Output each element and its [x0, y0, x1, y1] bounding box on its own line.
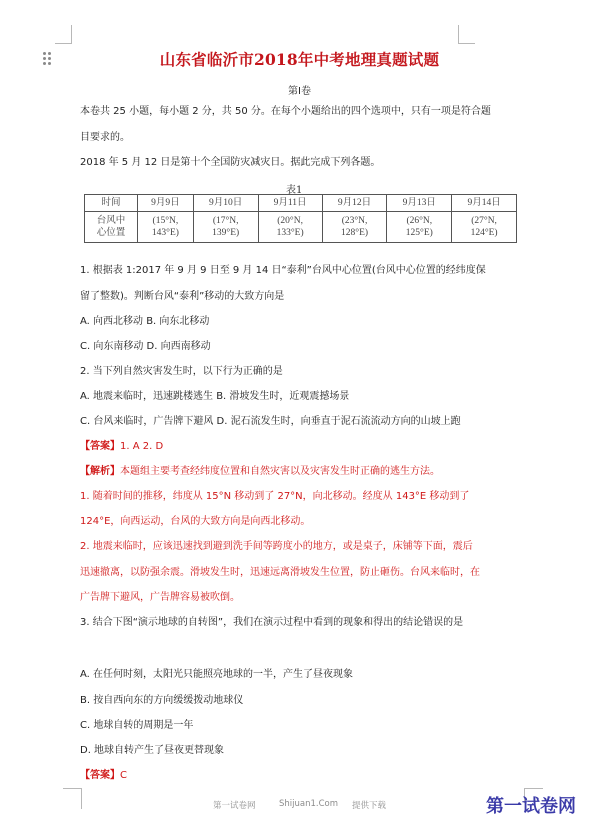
intro-line-1: 本卷共 25 小题，每小题 2 分，共 50 分。在每个小题给出的四个选项中，只… — [80, 105, 491, 119]
question-3-option-a: A. 在任何时刻，太阳光只能照亮地球的一半，产生了昼夜现象 — [80, 668, 353, 682]
question-1-options-cd: C. 向东南移动 D. 向西南移动 — [80, 340, 211, 354]
question-1-line-2: 留了整数)。判断台风“泰利”移动的大致方向是 — [80, 290, 284, 304]
analysis-2-line-2: 迅速撤离，以防强余震。滑坡发生时，迅速远离滑坡发生位置，防止砸伤。台风来临时，在 — [80, 566, 480, 580]
analysis-1-line-2: 124°E，向西运动，台风的大致方向是向西北移动。 — [80, 515, 310, 529]
table-row-dates: 时间 9月9日 9月10日 9月11日 9月12日 9月13日 9月14日 — [85, 195, 517, 212]
latitude: (27°N, — [452, 215, 516, 227]
question-3-option-c: C. 地球自转的周期是一年 — [80, 719, 193, 733]
longitude: 143°E) — [138, 227, 193, 239]
table-cell-position: (20°N, 133°E) — [258, 212, 322, 243]
question-3-option-d: D. 地球自转产生了昼夜更替现象 — [80, 744, 224, 758]
latitude: (15°N, — [138, 215, 193, 227]
page-margin-corner-top-right — [458, 25, 475, 44]
table-cell-position: (17°N, 139°E) — [193, 212, 258, 243]
row-label-line-1: 台风中 — [85, 215, 137, 227]
intro-line-2: 目要求的。 — [80, 131, 130, 145]
table-cell-position: (26°N, 125°E) — [387, 212, 452, 243]
answer-1-2: 【答案】1. A 2. D — [80, 440, 163, 454]
question-1-options-ab: A. 向西北移动 B. 向东北移动 — [80, 315, 209, 329]
analysis-intro: 【解析】本题组主要考查经纬度位置和自然灾害以及灾害发生时正确的逃生方法。 — [80, 465, 440, 479]
page-margin-corner-top-left — [55, 25, 72, 44]
longitude: 124°E) — [452, 227, 516, 239]
longitude: 125°E) — [387, 227, 451, 239]
answer-label: 【答案】 — [80, 770, 120, 781]
table-cell-date: 9月10日 — [193, 195, 258, 212]
table-cell-date: 9月12日 — [322, 195, 387, 212]
analysis-1-line-1: 1. 随着时间的推移，纬度从 15°N 移动到了 27°N，向北移动。经度从 1… — [80, 490, 469, 504]
table-cell-position: (27°N, 124°E) — [452, 212, 517, 243]
table-cell-position: (15°N, 143°E) — [138, 212, 194, 243]
typhoon-position-table: 时间 9月9日 9月10日 9月11日 9月12日 9月13日 9月14日 台风… — [84, 194, 517, 243]
analysis-2-line-1: 2. 地震来临时，应该迅速找到避到洗手间等跨度小的地方，或是桌子，床铺等下面，震… — [80, 540, 473, 554]
section-heading: 第Ⅰ卷 — [0, 82, 599, 97]
answer-3: 【答案】C — [80, 769, 127, 783]
footer-site-url[interactable]: Shijuan1.Com — [279, 799, 338, 809]
question-2-options-ab: A. 地震来临时，迅速跳楼逃生 B. 滑坡发生时，近观震撼场景 — [80, 390, 349, 404]
table-cell-date: 9月14日 — [452, 195, 517, 212]
longitude: 139°E) — [194, 227, 258, 239]
table-header-position: 台风中 心位置 — [85, 212, 138, 243]
analysis-label: 【解析】 — [80, 466, 120, 477]
answer-values: 1. A 2. D — [120, 441, 163, 452]
question-2-stem: 2. 当下列自然灾害发生时，以下行为正确的是 — [80, 365, 283, 379]
page-margin-corner-bottom-left — [63, 788, 82, 809]
question-2-options-cd: C. 台风来临时，广告牌下避风 D. 泥石流发生时，向垂直于泥石流流动方向的山坡… — [80, 415, 461, 429]
answer-label: 【答案】 — [80, 441, 120, 452]
analysis-intro-text: 本题组主要考查经纬度位置和自然灾害以及灾害发生时正确的逃生方法。 — [120, 466, 440, 477]
table-header-time: 时间 — [85, 195, 138, 212]
table-cell-position: (23°N, 128°E) — [322, 212, 387, 243]
latitude: (26°N, — [387, 215, 451, 227]
question-3-option-b: B. 按自西向东的方向缓缓拨动地球仪 — [80, 694, 243, 708]
longitude: 128°E) — [323, 227, 387, 239]
answer-value: C — [120, 770, 127, 781]
latitude: (17°N, — [194, 215, 258, 227]
longitude: 133°E) — [259, 227, 322, 239]
latitude: (20°N, — [259, 215, 322, 227]
site-logo: 第一试卷网 — [486, 792, 576, 818]
table-cell-date: 9月13日 — [387, 195, 452, 212]
document-title: 山东省临沂市2018年中考地理真题试题 — [0, 48, 599, 70]
row-label-line-2: 心位置 — [85, 227, 137, 239]
footer-site-name: 第一试卷网 — [213, 799, 256, 811]
table-cell-date: 9月9日 — [138, 195, 194, 212]
question-3-stem: 3. 结合下图“演示地球的自转图”，我们在演示过程中看到的现象和得出的结论错误的… — [80, 616, 463, 630]
latitude: (23°N, — [323, 215, 387, 227]
table-cell-date: 9月11日 — [258, 195, 322, 212]
footer-provide-text: 提供下载 — [352, 799, 386, 811]
table-row-positions: 台风中 心位置 (15°N, 143°E) (17°N, 139°E) (20°… — [85, 212, 517, 243]
context-line: 2018 年 5 月 12 日是第十个全国防灾减灾日。据此完成下列各题。 — [80, 156, 380, 170]
analysis-2-line-3: 广告牌下避风，广告牌容易被吹倒。 — [80, 591, 240, 605]
question-1-line-1: 1. 根据表 1:2017 年 9 月 9 日至 9 月 14 日“泰利”台风中… — [80, 264, 486, 278]
